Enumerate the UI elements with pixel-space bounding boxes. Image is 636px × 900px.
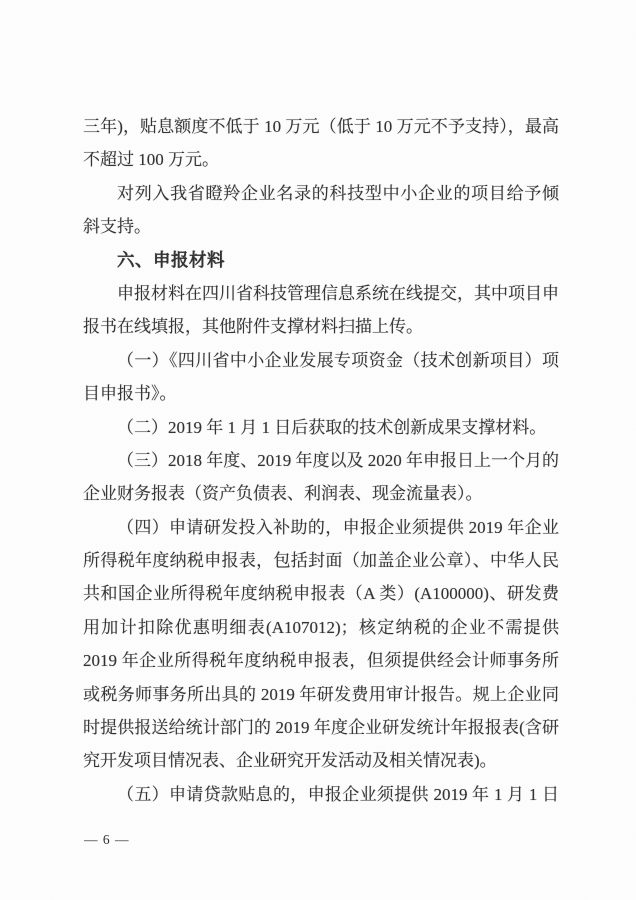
text-line: 报书在线填报，其他附件支撑材料扫描上传。: [83, 310, 559, 343]
document-page: 三年)，贴息额度不低于 10 万元（低于 10 万元不予支持），最高不超过 10…: [0, 0, 636, 900]
text-line: 三年)，贴息额度不低于 10 万元（低于 10 万元不予支持），最高: [83, 110, 559, 143]
text-line: 共和国企业所得税年度纳税申报表（A 类）(A100000)、研发费: [83, 577, 559, 610]
text-line: 用加计扣除优惠明细表(A107012)；核定纳税的企业不需提供: [83, 611, 559, 644]
document-content: 三年)，贴息额度不低于 10 万元（低于 10 万元不予支持），最高不超过 10…: [83, 110, 559, 811]
text-line: （四）申请研发投入补助的，申报企业须提供 2019 年企业: [83, 511, 559, 544]
page-number: — 6 —: [84, 832, 130, 847]
text-line: 斜支持。: [83, 210, 559, 243]
text-line: （一）《四川省中小企业发展专项资金（技术创新项目）项: [83, 344, 559, 377]
section-heading: 六、申报材料: [83, 244, 559, 277]
text-line: 不超过 100 万元。: [83, 143, 559, 176]
text-line: （五）申请贷款贴息的，申报企业须提供 2019 年 1 月 1 日: [83, 778, 559, 811]
text-line: 或税务师事务所出具的 2019 年研发费用审计报告。规上企业同: [83, 678, 559, 711]
text-line: （三）2018 年度、2019 年度以及 2020 年申报日上一个月的: [83, 444, 559, 477]
text-line: （二）2019 年 1 月 1 日后获取的技术创新成果支撑材料。: [83, 411, 559, 444]
text-line: 对列入我省瞪羚企业名录的科技型中小企业的项目给予倾: [83, 177, 559, 210]
text-line: 究开发项目情况表、企业研究开发活动及相关情况表)。: [83, 744, 559, 777]
text-line: 所得税年度纳税申报表，包括封面（加盖企业公章）、中华人民: [83, 544, 559, 577]
page-footer: — 6 —: [84, 832, 204, 848]
text-line: 2019 年企业所得税年度纳税申报表，但须提供经会计师事务所: [83, 644, 559, 677]
text-line: 申报材料在四川省科技管理信息系统在线提交，其中项目申: [83, 277, 559, 310]
text-line: 企业财务报表（资产负债表、利润表、现金流量表）。: [83, 477, 559, 510]
text-line: 目申报书》。: [83, 377, 559, 410]
text-line: 时提供报送给统计部门的 2019 年度企业研发统计年报报表(含研: [83, 711, 559, 744]
